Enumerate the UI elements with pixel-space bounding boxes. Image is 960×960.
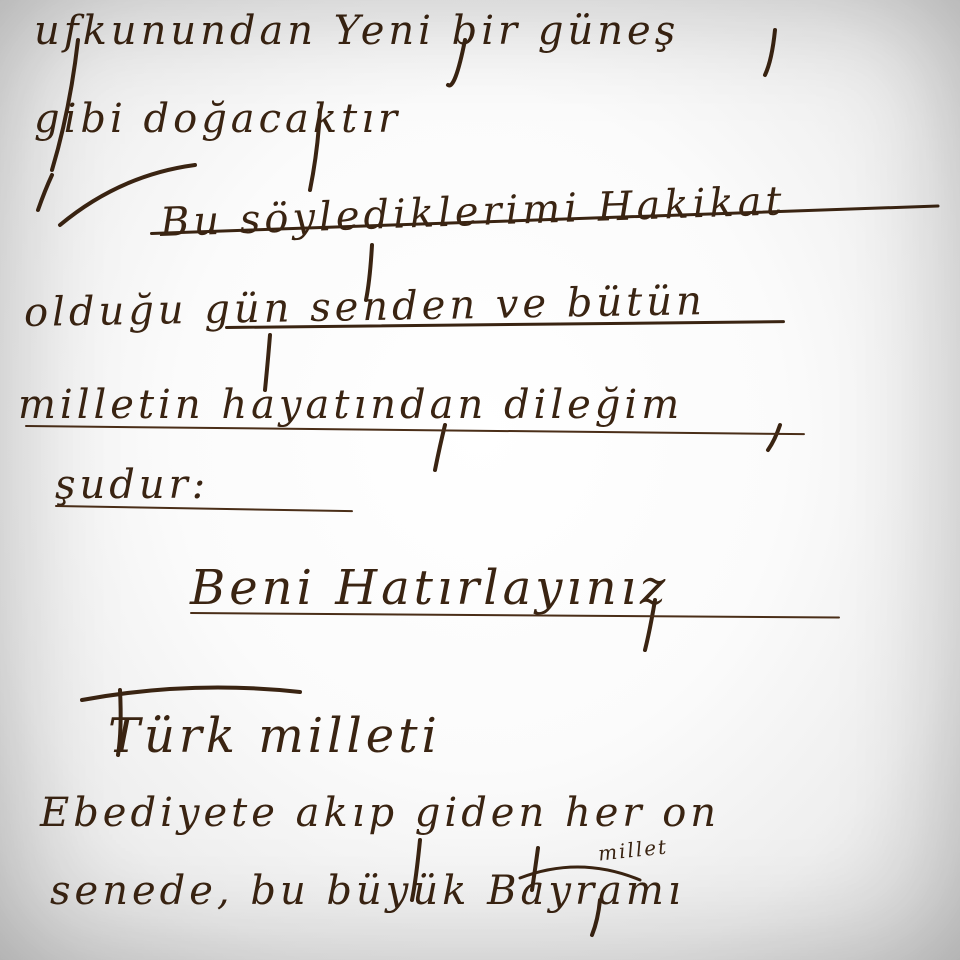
manuscript-heading: Beni Hatırlayınız [190, 560, 669, 616]
manuscript-line-9: Ebediyete akıp giden her on [40, 790, 720, 836]
manuscript-page: ufkunundan Yeni bir güneş gibi doğacaktı… [0, 0, 960, 960]
manuscript-line-8: Türk milleti [108, 708, 441, 764]
manuscript-line-10: senede, bu büyük Bayramı [50, 868, 685, 914]
manuscript-line-2: gibi doğacaktır [34, 96, 401, 142]
manuscript-line-6: şudur: [55, 462, 209, 508]
manuscript-insertion: millet [597, 834, 669, 865]
manuscript-line-1: ufkunundan Yeni bir güneş [34, 8, 679, 54]
manuscript-line-5: milletin hayatından dileğim [18, 382, 683, 428]
